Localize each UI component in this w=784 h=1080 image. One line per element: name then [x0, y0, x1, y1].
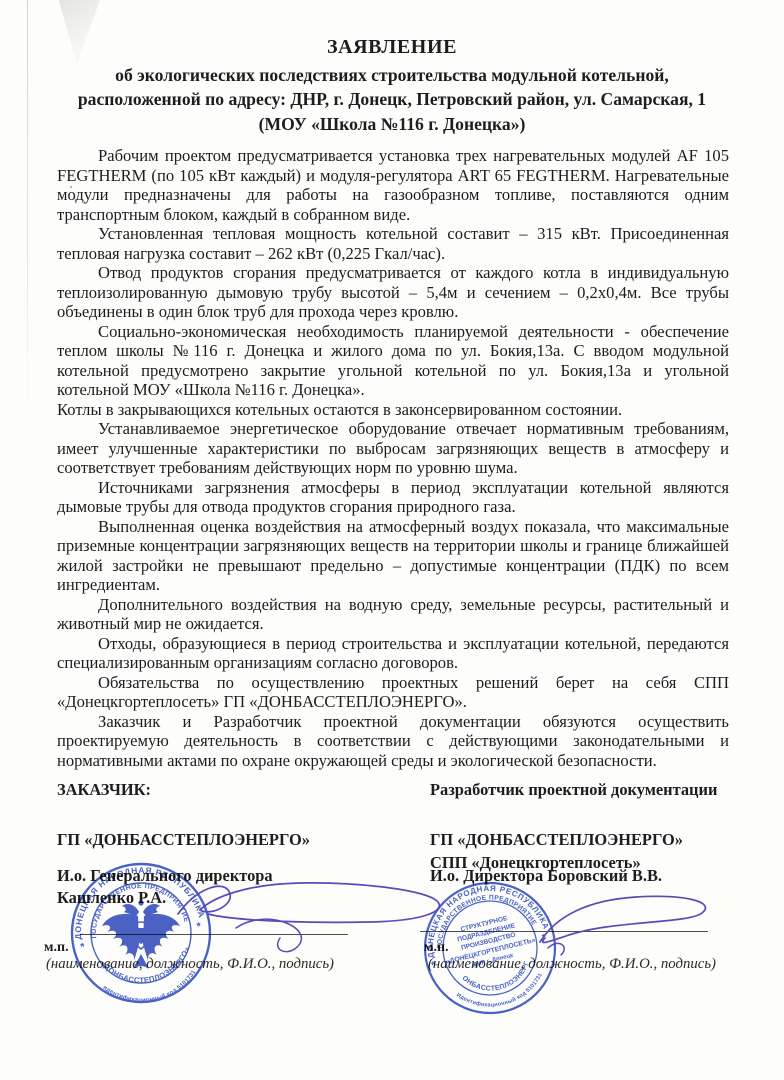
- subtitle-line: об экологических последствиях строительс…: [40, 63, 744, 87]
- document-subtitle: об экологических последствиях строительс…: [40, 63, 744, 136]
- scanned-document-page: { "colors":{"stamp_blue":"#3b55c2","sign…: [0, 0, 784, 1080]
- document-title: ЗАЯВЛЕНИЕ: [40, 36, 744, 59]
- paper-background: ЗАЯВЛЕНИЕ об экологических последствиях …: [0, 0, 784, 1080]
- seal-star: *: [430, 960, 437, 972]
- body-paragraph: Отвод продуктов сгорания предусматривает…: [57, 263, 729, 322]
- seal-star: *: [196, 920, 203, 933]
- customer-company: ГП «ДОНБАССТЕПЛОЭНЕРГО»: [57, 830, 310, 850]
- subtitle-line: (МОУ «Школа №116 г. Донецка»): [40, 112, 744, 136]
- scan-edge-artifact: [27, 0, 28, 420]
- body-paragraph: Обязательства по осуществлению проектных…: [57, 673, 729, 712]
- body-paragraph: Заказчик и Разработчик проектной докумен…: [57, 712, 729, 771]
- seal-star: *: [541, 932, 548, 944]
- body-paragraph: Рабочим проектом предусматривается устан…: [57, 146, 729, 224]
- seal-star: *: [80, 941, 87, 954]
- body-paragraph: Дополнительного воздействия на водную ср…: [57, 595, 729, 634]
- body-paragraph: Отходы, образующиеся в период строительс…: [57, 634, 729, 673]
- developer-heading: Разработчик проектной документации: [430, 780, 717, 800]
- company-seal-right: ДОНЕЦКАЯ НАРОДНАЯ РЕСПУБЛИКА ГОСУДАРСТВЕ…: [415, 873, 565, 1023]
- title-block: ЗАЯВЛЕНИЕ об экологических последствиях …: [40, 36, 744, 136]
- document-body: Рабочим проектом предусматривается устан…: [57, 146, 729, 770]
- body-paragraph: Котлы в закрывающихся котельных остаются…: [57, 400, 729, 420]
- customer-heading: ЗАКАЗЧИК:: [57, 780, 151, 800]
- body-paragraph: Выполненная оценка воздействия на атмосф…: [57, 517, 729, 595]
- dnr-eagle-emblem: [102, 900, 180, 969]
- body-paragraph: Устанавливаемое энергетическое оборудова…: [57, 419, 729, 478]
- body-paragraph: Установленная тепловая мощность котельно…: [57, 224, 729, 263]
- developer-company-1: ГП «ДОНБАССТЕПЛОЭНЕРГО»: [430, 830, 683, 850]
- company-seal-left: ДОНЕЦКАЯ НАРОДНАЯ РЕСПУБЛИКА ГОСУДАРСТВЕ…: [56, 848, 226, 1018]
- subtitle-line: расположенной по адресу: ДНР, г. Донецк,…: [40, 87, 744, 111]
- body-paragraph: Социально-экономическая необходимость пл…: [57, 322, 729, 400]
- body-paragraph: Источниками загрязнения атмосферы в пери…: [57, 478, 729, 517]
